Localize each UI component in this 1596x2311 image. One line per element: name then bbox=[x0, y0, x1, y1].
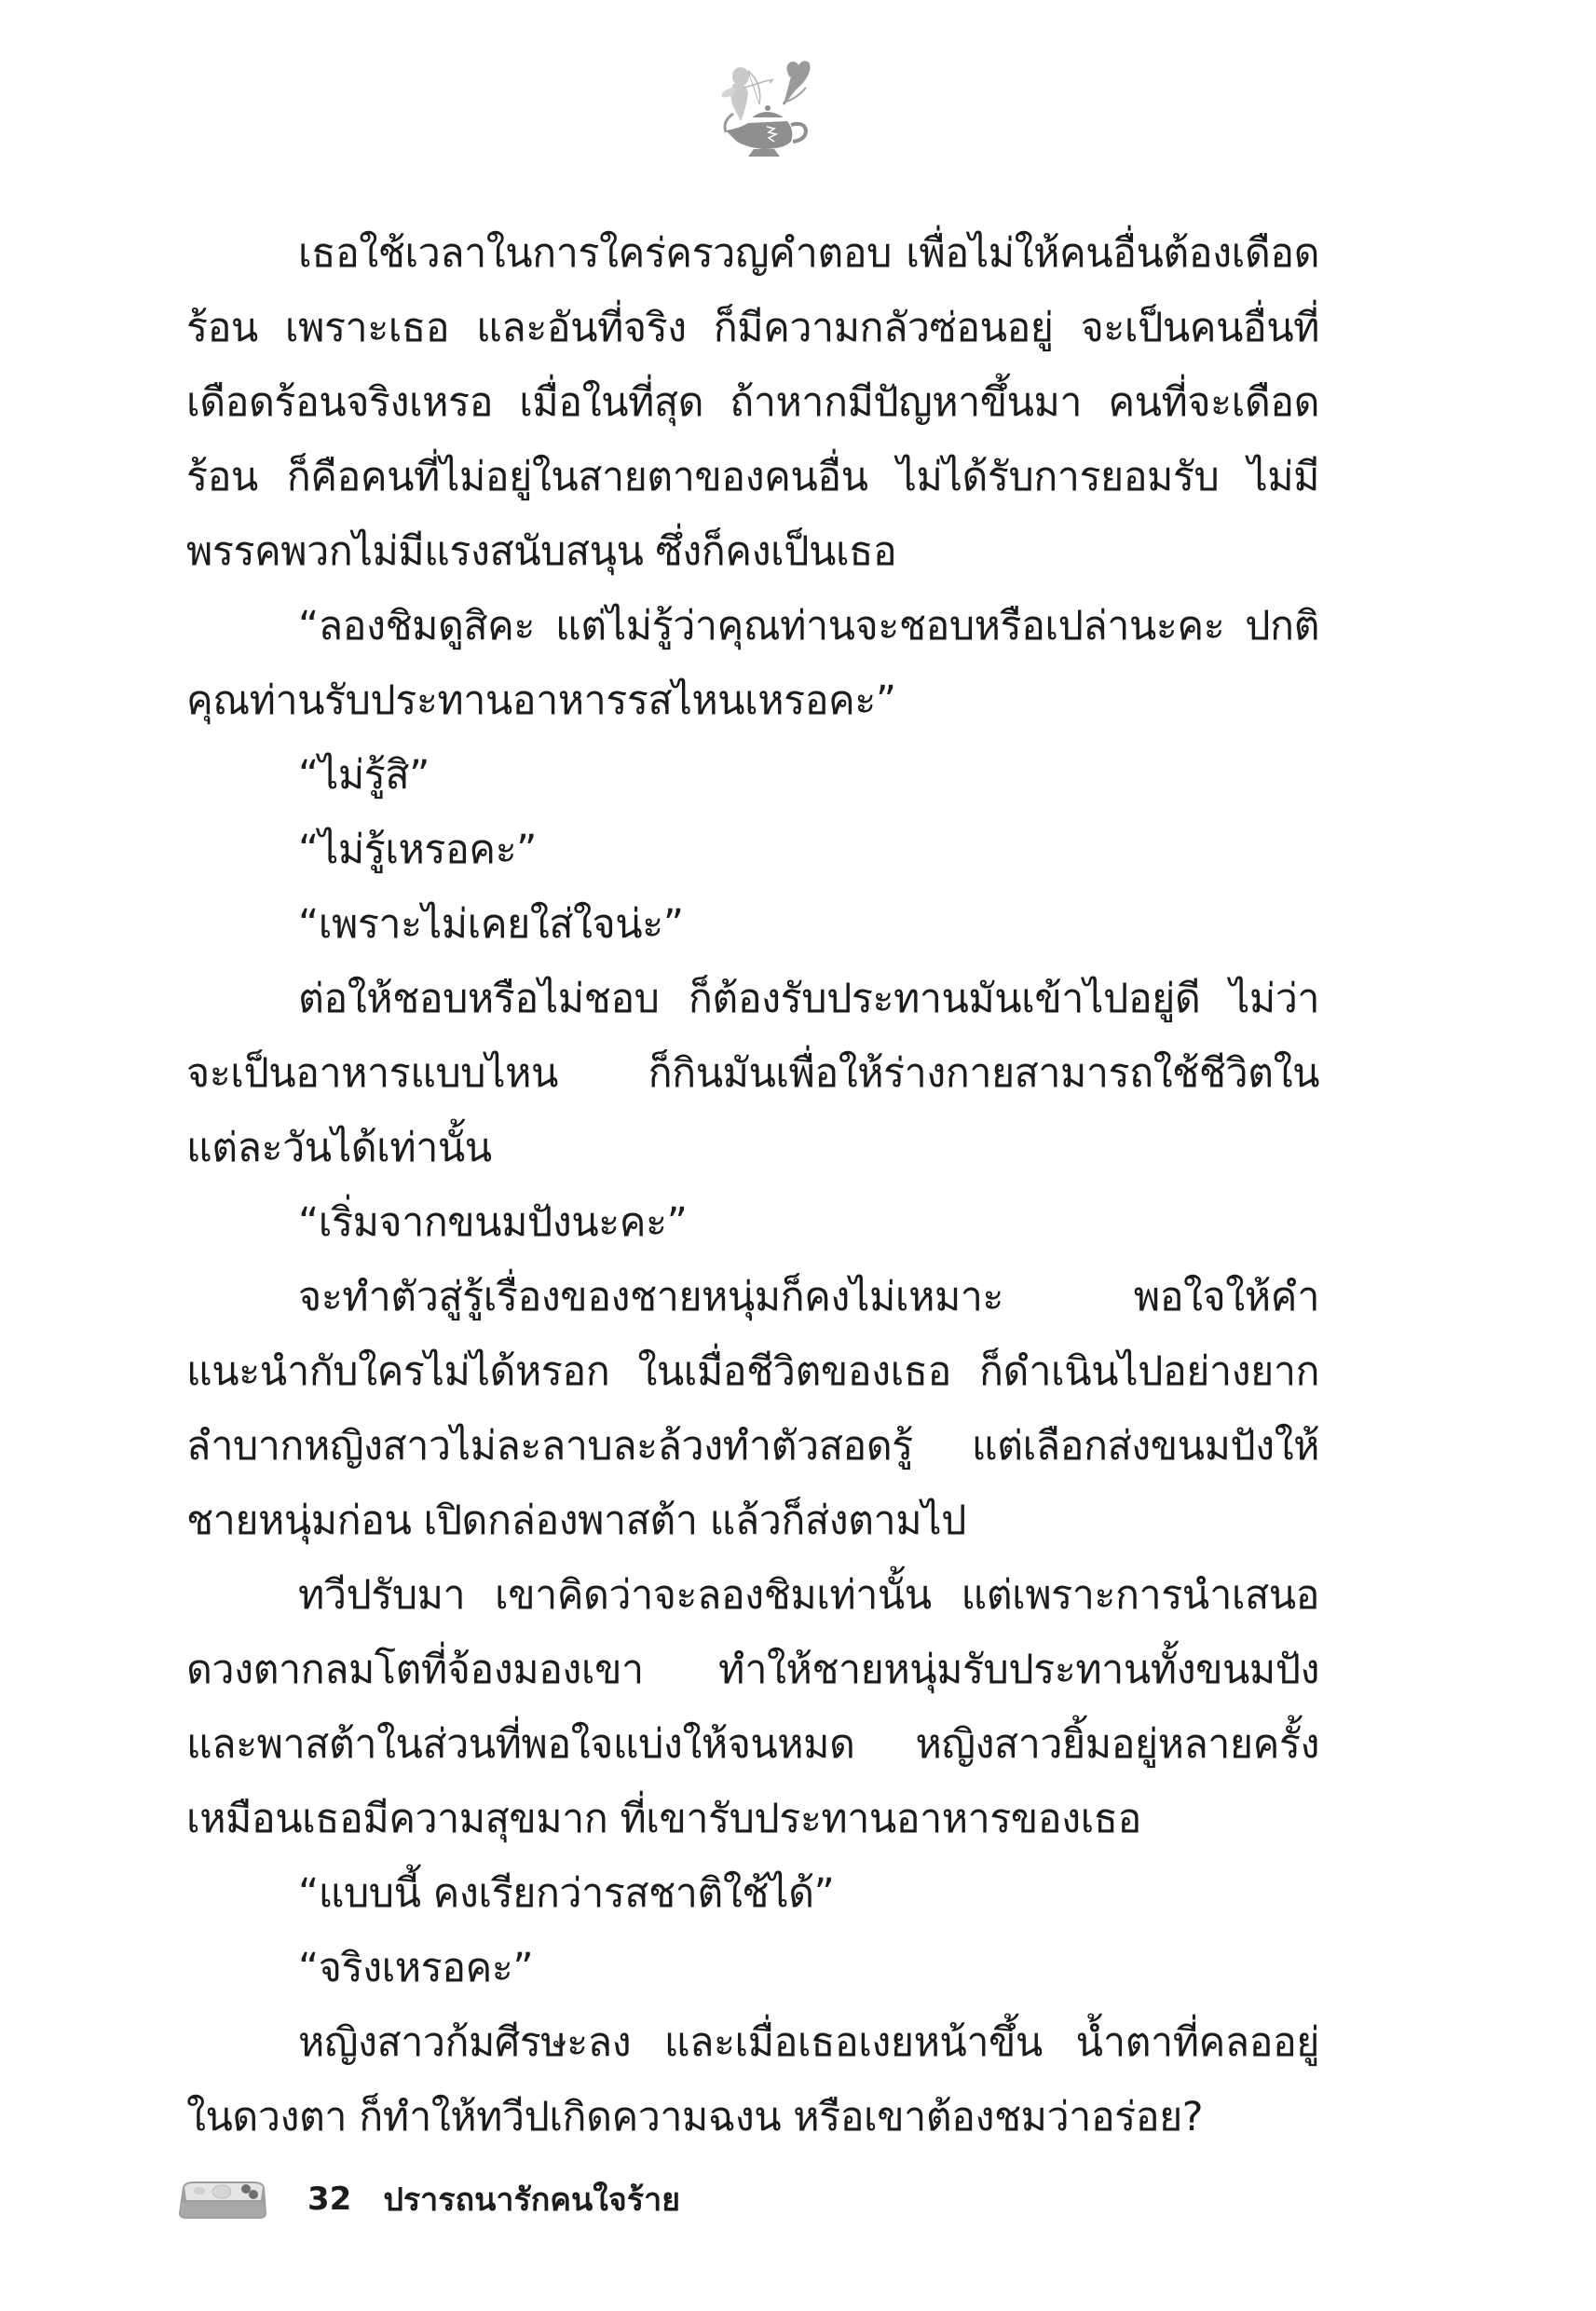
paragraph: ต่อให้ชอบหรือไม่ชอบ ก็ต้องรับประทานมันเข… bbox=[186, 962, 1319, 1185]
body-text: เธอใช้เวลาในการใคร่ครวญคำตอบ เพื่อไม่ให้… bbox=[186, 216, 1319, 2154]
book-title: ปรารถนารักคนใจร้าย bbox=[383, 2174, 680, 2224]
cupid-genie-lamp-icon bbox=[694, 56, 825, 158]
page-number: 32 bbox=[307, 2181, 351, 2218]
dialogue-line: “แบบนี้ คงเรียกว่ารสชาติใช้ได้” bbox=[186, 1856, 1319, 1931]
paragraph: “ลองชิมดูสิคะ แต่ไม่รู้ว่าคุณท่านจะชอบหร… bbox=[186, 589, 1319, 738]
paragraph: ทวีปรับมา เขาคิดว่าจะลองชิมเท่านั้น แต่เ… bbox=[186, 1558, 1319, 1856]
dialogue-line: “จริงเหรอคะ” bbox=[186, 1931, 1319, 2005]
paragraph: หญิงสาวก้มศีรษะลง และเมื่อเธอเงยหน้าขึ้น… bbox=[186, 2005, 1319, 2154]
bento-box-icon bbox=[175, 2178, 270, 2221]
dialogue-line: “เพราะไม่เคยใส่ใจน่ะ” bbox=[186, 887, 1319, 962]
dialogue-line: “ไม่รู้สิ” bbox=[186, 738, 1319, 813]
dialogue-line: “เริ่มจากขนมปังนะคะ” bbox=[186, 1185, 1319, 1260]
paragraph: จะทำตัวสู่รู้เรื่องของชายหนุ่มก็คงไม่เหม… bbox=[186, 1260, 1319, 1558]
header-ornament bbox=[694, 56, 825, 158]
dialogue-line: “ไม่รู้เหรอคะ” bbox=[186, 813, 1319, 887]
paragraph: เธอใช้เวลาในการใคร่ครวญคำตอบ เพื่อไม่ให้… bbox=[186, 216, 1319, 589]
page-footer: 32 ปรารถนารักคนใจร้าย bbox=[175, 2176, 680, 2222]
